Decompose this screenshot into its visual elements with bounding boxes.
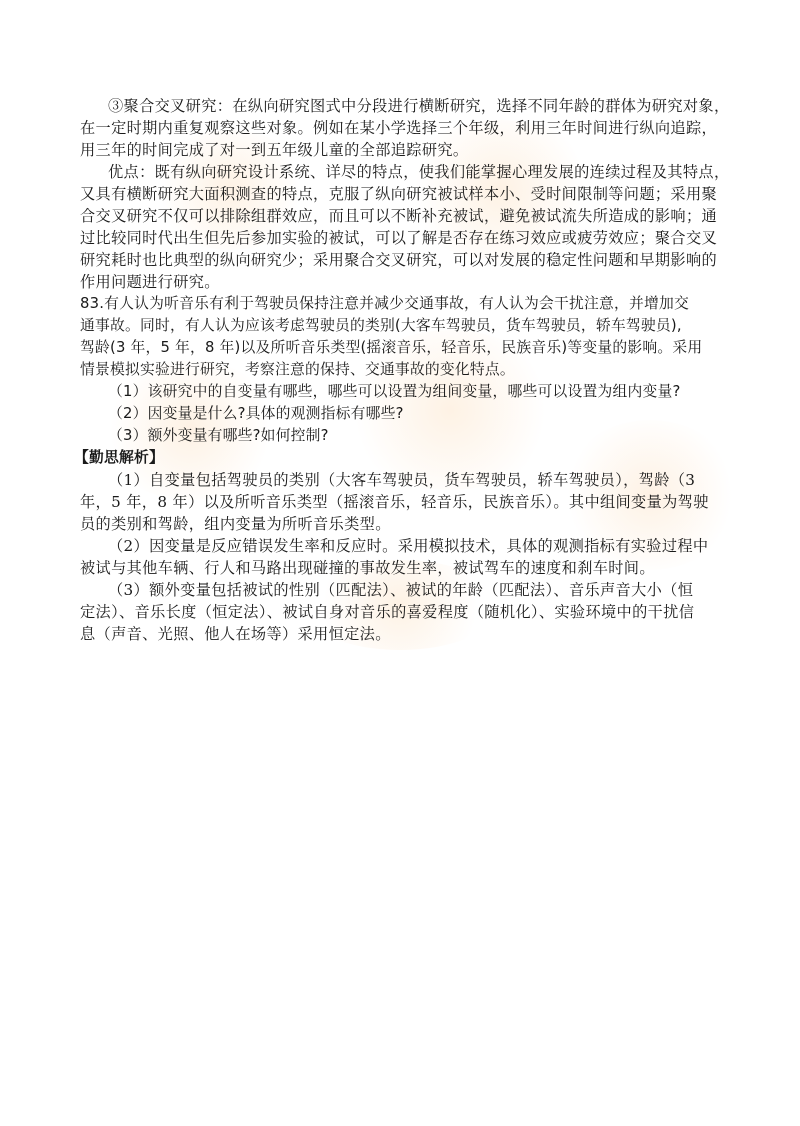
- answer-3-line: （3）额外变量包括被试的性别（匹配法）、被试的年龄（匹配法）、音乐声音大小（恒: [108, 580, 693, 600]
- cohort-paragraph-line: 用三年的时间完成了对一到五年级儿童的全部追踪研究。: [80, 140, 468, 160]
- advantages-paragraph-line: 研究耗时也比典型的纵向研究少；采用聚合交叉研究，可以对发展的稳定性问题和早期影响…: [80, 250, 717, 270]
- sub-question-2: （2）因变量是什么?具体的观测指标有哪些?: [108, 404, 404, 424]
- sub-question-1: （1）该研究中的自变量有哪些，哪些可以设置为组间变量，哪些可以设置为组内变量?: [108, 382, 681, 402]
- answer-2-line: （2）因变量是反应错误发生率和反应时。采用模拟技术，具体的观测指标有实验过程中: [108, 536, 708, 556]
- advantages-paragraph-line: 合交叉研究不仅可以排除组群效应，而且可以不断补充被试，避免被试流失所造成的影响；…: [80, 206, 717, 226]
- question-83-line: 83.有人认为听音乐有利于驾驶员保持注意并减少交通事故，有人认为会干扰注意，并增…: [80, 294, 689, 314]
- sub-question-3: （3）额外变量有哪些?如何控制?: [108, 426, 329, 446]
- answer-3-line: 定法）、音乐长度（恒定法）、被试自身对音乐的喜爱程度（随机化）、实验环境中的干扰…: [80, 602, 694, 622]
- answer-1-line: （1）自变量包括驾驶员的类别（大客车驾驶员，货车驾驶员，轿车驾驶员），驾龄（3: [108, 470, 695, 490]
- cohort-paragraph-line: 在一定时期内重复观察这些对象。例如在某小学选择三个年级，利用三年时间进行纵向追踪…: [80, 118, 717, 138]
- advantages-paragraph-line: 过比较同时代出生但先后参加实验的被试，可以了解是否存在练习效应或疲劳效应；聚合交…: [80, 228, 717, 248]
- advantages-paragraph-line: 作用问题进行研究。: [80, 272, 220, 292]
- analysis-heading: 【勤思解析】: [74, 448, 164, 468]
- answer-2-line: 被试与其他车辆、行人和马路出现碰撞的事故发生率，被试驾车的速度和刹车时间。: [80, 558, 655, 578]
- answer-1-line: 员的类别和驾龄，组内变量为所听音乐类型。: [80, 514, 391, 534]
- answer-1-line: 年，5 年，8 年）以及所听音乐类型（摇滚音乐，轻音乐，民族音乐）。其中组间变量…: [80, 492, 709, 512]
- question-83-line: 驾龄(3 年，5 年，8 年)以及所听音乐类型(摇滚音乐，轻音乐，民族音乐)等变…: [80, 338, 702, 358]
- answer-3-line: 息（声音、光照、他人在场等）采用恒定法。: [80, 624, 391, 644]
- advantages-paragraph-line: 优点：既有纵向研究设计系统、详尽的特点，使我们能掌握心理发展的连续过程及其特点，: [108, 162, 730, 182]
- cohort-paragraph-line: ③聚合交叉研究：在纵向研究图式中分段进行横断研究，选择不同年龄的群体为研究对象，: [108, 96, 730, 116]
- question-83-line: 通事故。同时，有人认为应该考虑驾驶员的类别(大客车驾驶员，货车驾驶员，轿车驾驶员…: [80, 316, 682, 336]
- question-83-line: 情景模拟实验进行研究，考察注意的保持、交通事故的变化特点。: [80, 360, 515, 380]
- advantages-paragraph-line: 又具有横断研究大面积测查的特点，克服了纵向研究被试样本小、受时间限制等问题；采用…: [80, 184, 717, 204]
